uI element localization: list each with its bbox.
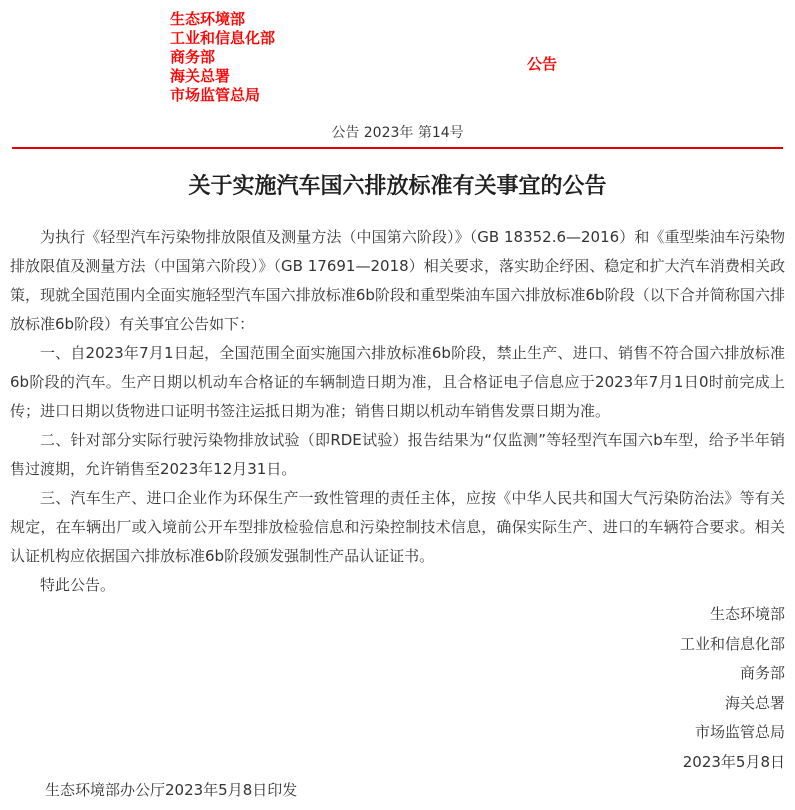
signature-agency-mee: 生态环境部: [0, 600, 785, 630]
ministry-line-customs: 海关总署: [170, 67, 795, 86]
ministry-line-mofcom: 商务部: [170, 48, 795, 67]
ministry-line-miit: 工业和信息化部: [170, 29, 795, 48]
signature-agency-customs: 海关总署: [0, 689, 785, 719]
signature-agency-mofcom: 商务部: [0, 659, 785, 689]
signature-agency-samr: 市场监管总局: [0, 718, 785, 748]
red-divider: [12, 147, 783, 149]
announcement-body: 为执行《轻型汽车污染物排放限值及测量方法（中国第六阶段）》（GB 18352.6…: [10, 223, 785, 600]
ministry-line-samr: 市场监管总局: [170, 86, 795, 105]
page-title: 关于实施汽车国六排放标准有关事宜的公告: [0, 172, 795, 202]
doc-number: 公告 2023年 第14号: [0, 124, 795, 142]
paragraph-item-2: 二、针对部分实际行驶污染物排放试验（即RDE试验）报告结果为“仅监测”等轻型汽车…: [10, 426, 785, 484]
issuing-ministries: 生态环境部 工业和信息化部 商务部 海关总署 市场监管总局: [170, 0, 795, 105]
paragraph-item-3: 三、汽车生产、进口企业作为环保生产一致性管理的责任主体，应按《中华人民共和国大气…: [10, 484, 785, 571]
announcement-page: 生态环境部 工业和信息化部 商务部 海关总署 市场监管总局 公告 公告 2023…: [0, 0, 795, 810]
signature-agency-miit: 工业和信息化部: [0, 630, 785, 660]
footer-imprint: 生态环境部办公厅2023年5月8日印发: [0, 780, 795, 810]
paragraph-item-1: 一、自2023年7月1日起，全国范围全面实施国六排放标准6b阶段，禁止生产、进口…: [10, 339, 785, 426]
ministry-line-mee: 生态环境部: [170, 10, 795, 29]
paragraph-closing: 特此公告。: [10, 571, 785, 600]
paragraph-intro: 为执行《轻型汽车污染物排放限值及测量方法（中国第六阶段）》（GB 18352.6…: [10, 223, 785, 339]
signature-block: 生态环境部 工业和信息化部 商务部 海关总署 市场监管总局 2023年5月8日: [0, 600, 795, 777]
announcement-label: 公告: [527, 53, 557, 74]
signature-date: 2023年5月8日: [0, 748, 785, 778]
